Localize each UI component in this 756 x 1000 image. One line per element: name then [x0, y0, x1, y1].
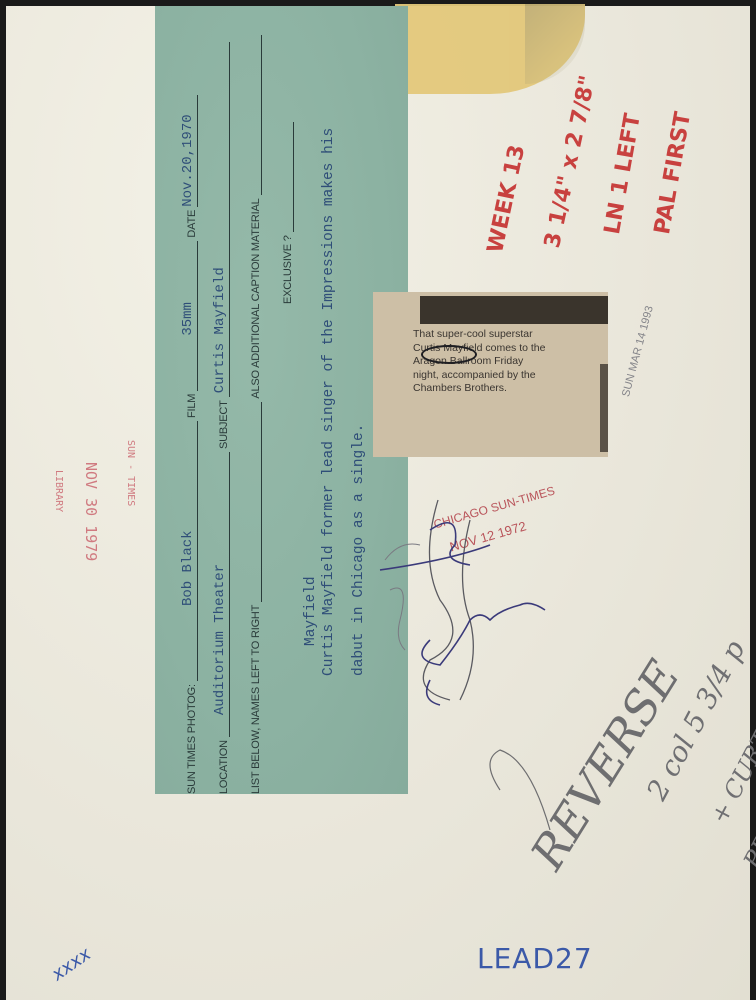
signature-scribbles — [0, 0, 756, 1000]
